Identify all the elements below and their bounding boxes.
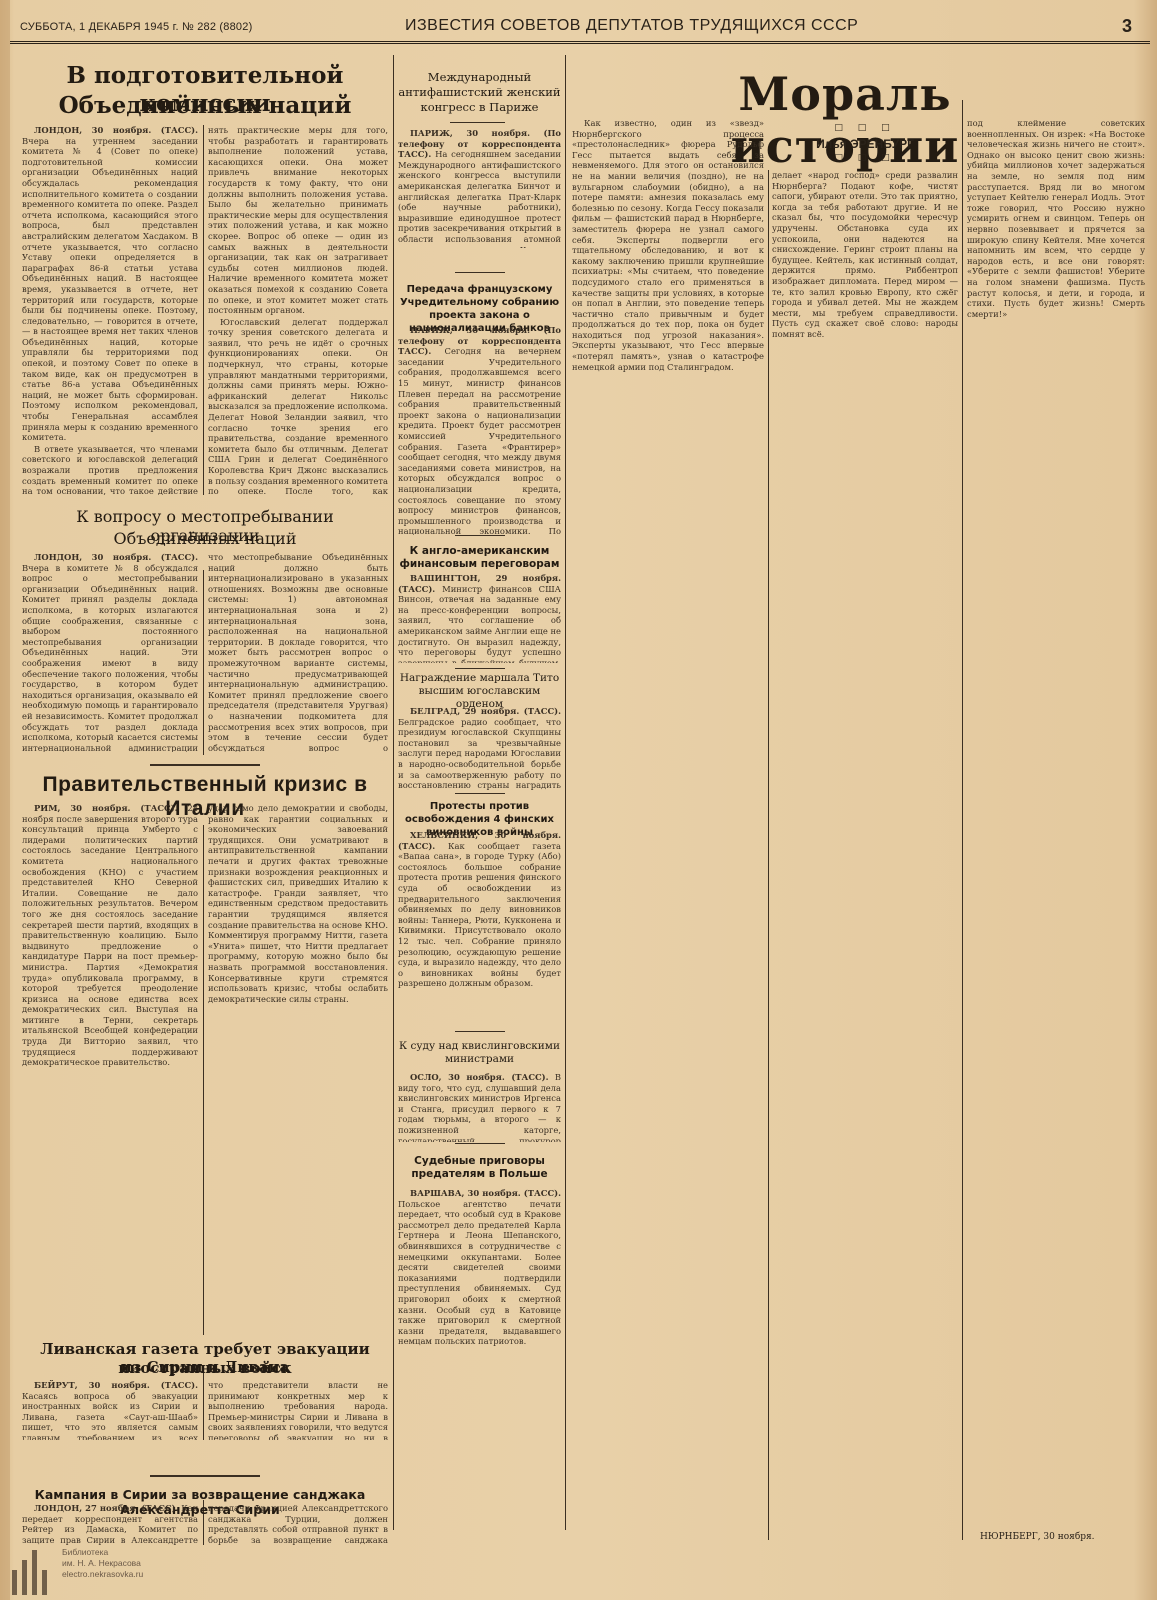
page-number: 3 [1122, 16, 1132, 37]
column-divider [565, 55, 566, 1530]
separator-rule [455, 535, 505, 536]
article-un-commission-col1: ЛОНДОН, 30 ноября. (ТАСС). Вчера на утре… [22, 125, 198, 495]
article-lebanon-col1: БЕЙРУТ, 30 ноября. (ТАСС). Касаясь вопро… [22, 1380, 198, 1440]
separator-rule [455, 1031, 505, 1032]
headline-un-commission-line2: Объединённых наций [20, 92, 390, 120]
feature-moral-history-col3: под клеймение советских военнопленных. О… [967, 118, 1145, 1528]
headline-women-congress: Международный антифашистский женский кон… [398, 70, 561, 115]
article-un-location-col1: ЛОНДОН, 30 ноября. (ТАСС). Вчера в комит… [22, 552, 198, 752]
article-women-congress: ПАРИЖ, 30 ноября. (По телефону от коррес… [398, 128, 561, 248]
dateline: ЛОНДОН, 30 ноября. (ТАСС). [34, 125, 198, 135]
headline-anglo-american: К англо-американским финансовым перегово… [398, 545, 561, 571]
column-divider [203, 825, 204, 1335]
headline-poland-verdicts: Судебные приговоры предателям в Польше [398, 1155, 561, 1181]
masthead: СУББОТА, 1 ДЕКАБРЯ 1945 г. № 282 (8802) … [10, 14, 1150, 44]
article-tito-award: БЕЛГРАД, 29 ноября. (ТАСС). Белградское … [398, 706, 561, 791]
column-divider [393, 55, 394, 1530]
separator-rule [150, 764, 260, 766]
newspaper-title: ИЗВЕСТИЯ СОВЕТОВ ДЕПУТАТОВ ТРУДЯЩИХСЯ СС… [405, 17, 858, 35]
library-watermark: Библиотека им. Н. А. Некрасова electro.n… [12, 1545, 172, 1595]
article-un-commission-col2: нять практические меры для того, чтобы р… [208, 125, 388, 495]
article-italy-col2: удар само дело демократии и свободы, рав… [208, 803, 388, 1333]
author-byline: Илья ЭРЕНБУРГ [772, 137, 958, 151]
newspaper-page: СУББОТА, 1 ДЕКАБРЯ 1945 г. № 282 (8802) … [0, 0, 1157, 1600]
feature-signoff: НЮРНБЕРГ, 30 ноября. [980, 1532, 1095, 1542]
separator-rule [455, 272, 505, 273]
article-anglo-american: ВАШИНГТОН, 29 ноября. (ТАСС). Министр фи… [398, 573, 561, 663]
article-italy-col1: РИМ, 30 ноября. (ТАСС). 28 ноября после … [22, 803, 198, 1333]
separator-rule [150, 1475, 260, 1477]
article-lebanon-col2: что представители власти не принимают ко… [208, 1380, 388, 1440]
feature-moral-history-col2: делает «народ господ» среди развалин Нюр… [772, 170, 958, 1540]
article-finland-protest: ХЕЛЬСИНКИ, 30 ноября. (ТАСС). Как сообща… [398, 830, 561, 1000]
issue-date: СУББОТА, 1 ДЕКАБРЯ 1945 г. № 282 (8802) [20, 21, 252, 33]
separator-rule [455, 1143, 505, 1144]
article-syria-col1: ЛОНДОН, 27 ноября. (ТАСС). Как передает … [22, 1503, 198, 1545]
feature-moral-history-col1: Как известно, один из «звезд» Нюрнбергск… [572, 118, 764, 1538]
page-spine-shadow [0, 0, 10, 1600]
headline-lebanon-line2: из Сирии и Ливана [20, 1358, 390, 1377]
ornament-bottom: □ □ □ [772, 153, 958, 163]
article-syria-col2: передачи Францией Александреттского санд… [208, 1503, 388, 1545]
column-divider [203, 125, 204, 495]
article-poland-verdicts: ВАРШАВА, 30 ноября. (ТАСС). Польское аге… [398, 1188, 561, 1533]
separator-rule [450, 122, 505, 123]
headline-un-location-line2: Объединённых наций [20, 529, 390, 548]
separator-rule [455, 793, 505, 794]
column-divider [203, 570, 204, 755]
column-divider [962, 100, 963, 1540]
watermark-text: Библиотека им. Н. А. Некрасова electro.n… [62, 1547, 143, 1580]
article-un-location-col2: что местопребывание Объединённых наций д… [208, 552, 388, 752]
separator-rule [455, 668, 505, 669]
article-france-banks: ПАРИЖ, 30 ноября. (По телефону от коррес… [398, 325, 561, 535]
article-quisling-ministers: ОСЛО, 30 ноября. (ТАСС). В виду того, чт… [398, 1072, 561, 1142]
ornament-top: □ □ □ [772, 123, 958, 133]
headline-quisling-ministers: К суду над квислинговскими министрами [398, 1040, 561, 1066]
column-divider [768, 170, 769, 1540]
